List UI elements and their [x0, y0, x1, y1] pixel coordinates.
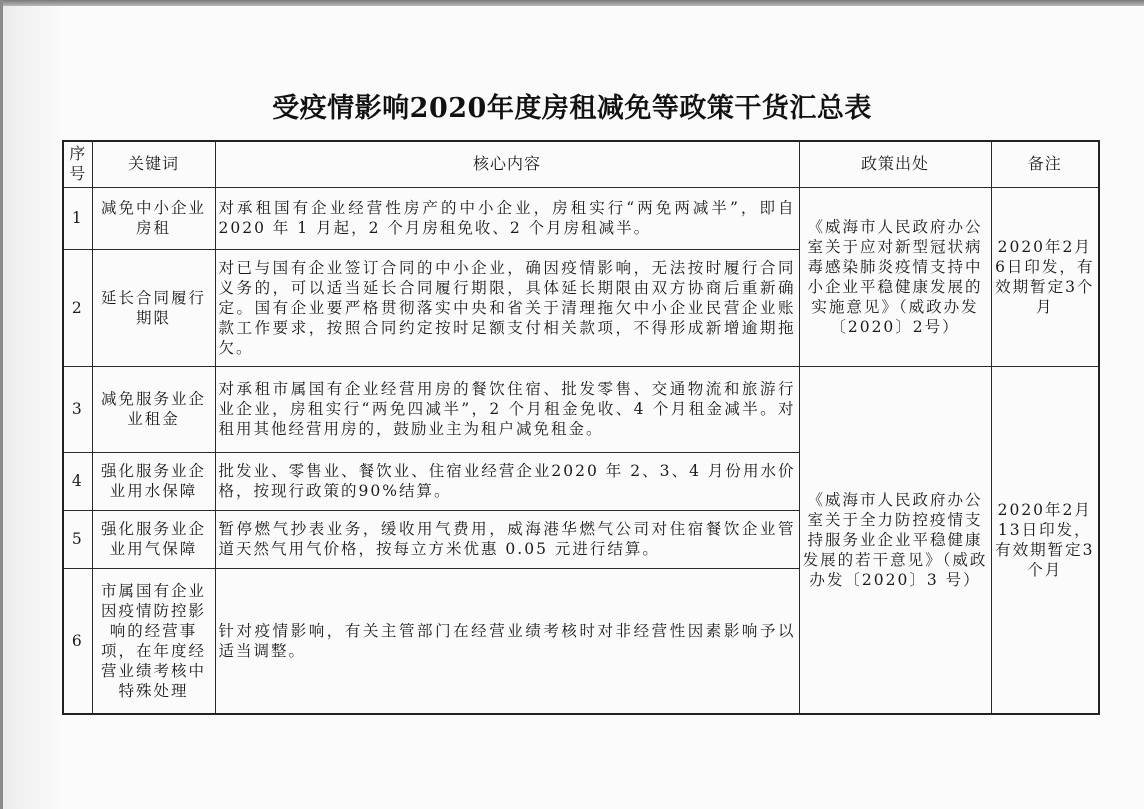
- row-content: 对承租市属国有企业经营用房的餐饮住宿、批发零售、交通物流和旅游行业企业，房租实行…: [215, 366, 799, 452]
- row-seq: 5: [63, 510, 92, 568]
- table-header-row: 序号 关键词 核心内容 政策出处 备注: [63, 141, 1099, 187]
- row-content: 针对疫情影响，有关主管部门在经营业绩考核时对非经营性因素影响予以适当调整。: [215, 568, 799, 714]
- row-keyword: 减免服务业企业租金: [92, 366, 215, 452]
- row-keyword: 强化服务业企业用气保障: [92, 510, 215, 568]
- policy-note-cell: 2020年2月6日印发，有效期暂定3个月: [991, 187, 1099, 366]
- header-content: 核心内容: [215, 141, 799, 187]
- row-keyword: 市属国有企业因疫情防控影响的经营事项，在年度经营业绩考核中特殊处理: [92, 568, 215, 714]
- policy-note-cell: 2020年2月13日印发，有效期暂定3个月: [991, 366, 1099, 714]
- row-content: 对承租国有企业经营性房产的中小企业，房租实行“两免两减半”，即自 2020 年 …: [215, 187, 799, 249]
- scan-shadow: [3, 6, 63, 809]
- table-row: 3 减免服务业企业租金 对承租市属国有企业经营用房的餐饮住宿、批发零售、交通物流…: [63, 366, 1099, 452]
- header-keyword: 关键词: [92, 141, 215, 187]
- row-content: 对已与国有企业签订合同的中小企业，确因疫情影响，无法按时履行合同义务的，可以适当…: [215, 249, 799, 366]
- table-row: 1 减免中小企业房租 对承租国有企业经营性房产的中小企业，房租实行“两免两减半”…: [63, 187, 1099, 249]
- policy-summary-table: 序号 关键词 核心内容 政策出处 备注 1 减免中小企业房租 对承租国有企业经营…: [62, 140, 1100, 715]
- row-seq: 4: [63, 452, 92, 510]
- row-content: 暂停燃气抄表业务，缓收用气费用，威海港华燃气公司对住宿餐饮企业管道天然气用气价格…: [215, 510, 799, 568]
- row-keyword: 强化服务业企业用水保障: [92, 452, 215, 510]
- row-content: 批发业、零售业、餐饮业、住宿业经营企业2020 年 2、3、4 月份用水价格，按…: [215, 452, 799, 510]
- row-seq: 1: [63, 187, 92, 249]
- policy-source-cell: 《威海市人民政府办公室关于应对新型冠状病毒感染肺炎疫情支持中小企业平稳健康发展的…: [799, 187, 991, 366]
- row-seq: 2: [63, 249, 92, 366]
- row-keyword: 延长合同履行期限: [92, 249, 215, 366]
- header-note: 备注: [991, 141, 1099, 187]
- header-seq: 序号: [63, 141, 92, 187]
- row-seq: 6: [63, 568, 92, 714]
- policy-source-cell: 《威海市人民政府办公室关于全力防控疫情支持服务业企业平稳健康发展的若干意见》（威…: [799, 366, 991, 714]
- header-source: 政策出处: [799, 141, 991, 187]
- row-seq: 3: [63, 366, 92, 452]
- document-title: 受疫情影响2020年度房租减免等政策干货汇总表: [0, 86, 1144, 125]
- row-keyword: 减免中小企业房租: [92, 187, 215, 249]
- scan-edge-top: [0, 0, 1144, 6]
